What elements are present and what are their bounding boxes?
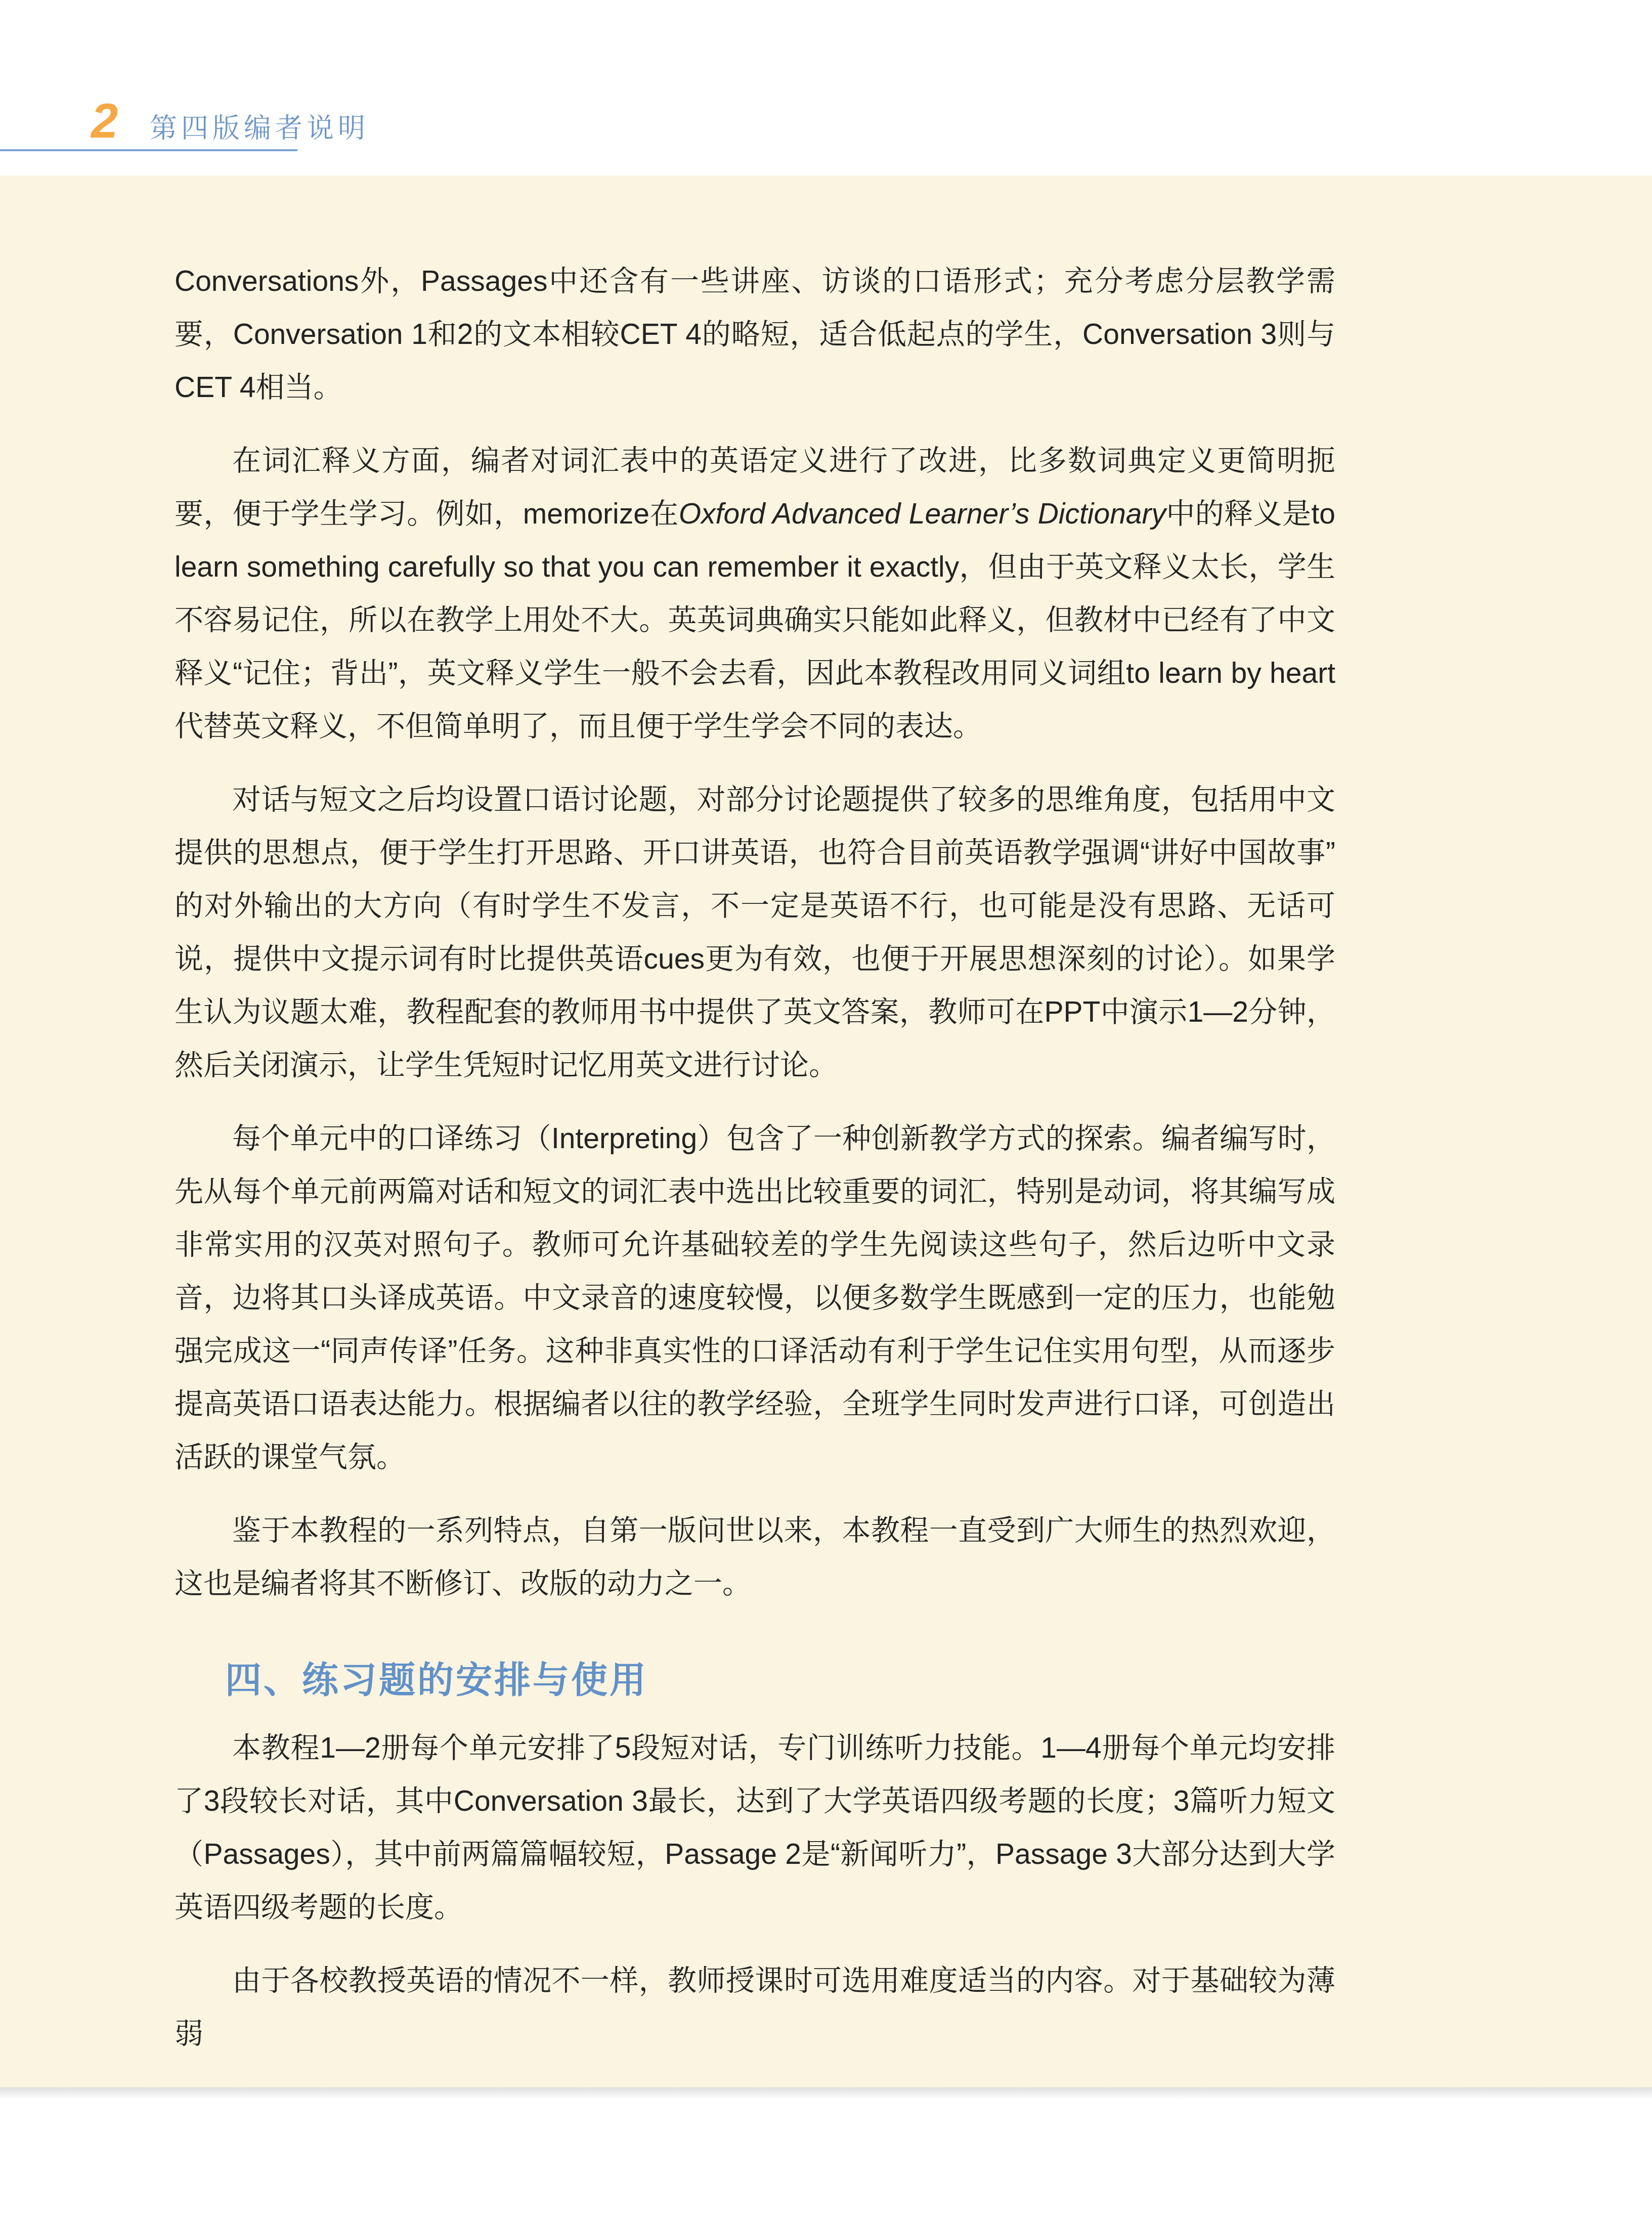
page-number: 2 bbox=[91, 97, 118, 146]
paragraph: 鉴于本教程的一系列特点，自第一版问世以来，本教程一直受到广大师生的热烈欢迎，这也… bbox=[175, 1504, 1335, 1610]
section-heading: 四、练习题的安排与使用 bbox=[175, 1655, 1335, 1706]
page-header: 2 第四版编者说明 bbox=[0, 0, 1652, 176]
text-run: 本教程1—2册每个单元安排了5段短对话，专门训练听力技能。1—4册每个单元均安排… bbox=[175, 1732, 1335, 1924]
page-title: 第四版编者说明 bbox=[150, 113, 369, 144]
text-run: 由于各校教授英语的情况不一样，教师授课时可选用难度适当的内容。对于基础较为薄弱 bbox=[175, 1965, 1335, 2050]
text-run: 对话与短文之后均设置口语讨论题，对部分讨论题提供了较多的思维角度，包括用中文提供… bbox=[175, 783, 1335, 1081]
paragraph: 对话与短文之后均设置口语讨论题，对部分讨论题提供了较多的思维角度，包括用中文提供… bbox=[175, 773, 1335, 1092]
text-run: Conversations外，Passages中还含有一些讲座、访谈的口语形式；… bbox=[175, 265, 1335, 404]
text-run: 每个单元中的口译练习（Interpreting）包含了一种创新教学方式的探索。编… bbox=[175, 1122, 1335, 1473]
italic-text-run: Oxford Advanced Learner’s Dictionary bbox=[679, 498, 1166, 530]
paragraph: 在词汇释义方面，编者对词汇表中的英语定义进行了改进，比多数词典定义更简明扼要，便… bbox=[175, 434, 1335, 753]
text-run: 鉴于本教程的一系列特点，自第一版问世以来，本教程一直受到广大师生的热烈欢迎，这也… bbox=[175, 1514, 1335, 1600]
paragraph: 每个单元中的口译练习（Interpreting）包含了一种创新教学方式的探索。编… bbox=[175, 1112, 1335, 1484]
paragraph: 由于各校教授英语的情况不一样，教师授课时可选用难度适当的内容。对于基础较为薄弱 bbox=[175, 1954, 1335, 2061]
paragraph: 本教程1—2册每个单元安排了5段短对话，专门训练听力技能。1—4册每个单元均安排… bbox=[175, 1722, 1335, 1934]
content-panel: Conversations外，Passages中还含有一些讲座、访谈的口语形式；… bbox=[0, 176, 1652, 2087]
text-run: 中的释义是to learn something carefully so tha… bbox=[175, 498, 1335, 743]
book-page: 2 第四版编者说明 Conversations外，Passages中还含有一些讲… bbox=[0, 0, 1652, 2225]
header-rule-divider bbox=[0, 149, 297, 151]
body-text: Conversations外，Passages中还含有一些讲座、访谈的口语形式；… bbox=[175, 176, 1335, 2081]
paragraph: Conversations外，Passages中还含有一些讲座、访谈的口语形式；… bbox=[175, 255, 1335, 414]
